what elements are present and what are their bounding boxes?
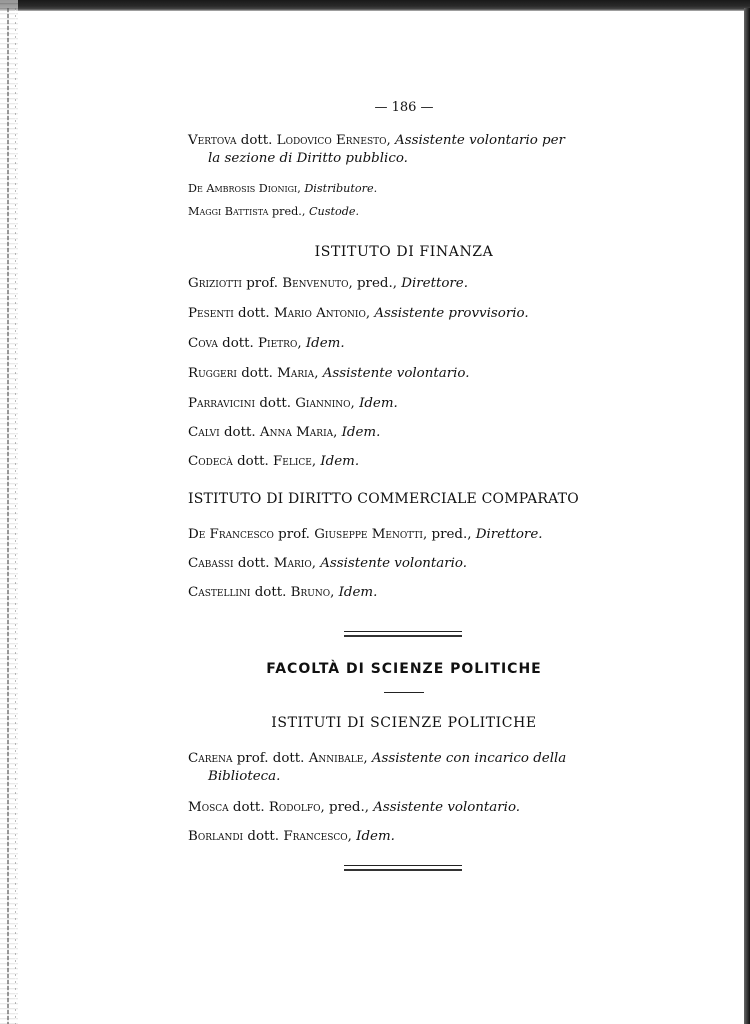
- entry-pesenti: Pesenti dott. Mario Antonio, Assistente …: [188, 305, 529, 323]
- surname: Vertova: [188, 133, 236, 148]
- entry-calvi: Calvi dott. Anna Maria, Idem.: [188, 424, 380, 442]
- given-name: Rodolfo: [269, 800, 321, 815]
- entry-vertova: Vertova dott. Lodovico Ernesto, Assisten…: [188, 132, 565, 168]
- section-divider-rule: [344, 631, 462, 637]
- entry-castellini: Castellini dott. Bruno, Idem.: [188, 584, 377, 602]
- title: prof.: [246, 276, 278, 291]
- surname: Pesenti: [188, 306, 234, 321]
- entry-de-francesco: De Francesco prof. Giuseppe Menotti, pre…: [188, 526, 543, 544]
- surname: Cabassi: [188, 556, 234, 571]
- title: dott.: [238, 306, 270, 321]
- role: Direttore.: [476, 527, 543, 542]
- entry-ruggeri: Ruggeri dott. Maria, Assistente volontar…: [188, 365, 470, 383]
- scan-binding-line-inner: [15, 8, 16, 1024]
- entry-borlandi: Borlandi dott. Francesco, Idem.: [188, 828, 395, 846]
- role: Assistente volontario.: [320, 556, 467, 571]
- role: Idem.: [356, 829, 395, 844]
- surname: Calvi: [188, 425, 220, 440]
- surname: Maggi: [188, 205, 221, 218]
- pred: pred.,: [432, 527, 472, 542]
- title: dott.: [222, 336, 254, 351]
- role: Idem.: [342, 425, 381, 440]
- entry-codeca: Codecà dott. Felice, Idem.: [188, 453, 359, 471]
- surname: Mosca: [188, 800, 229, 815]
- role: Assistente provvisorio.: [374, 306, 528, 321]
- title: dott.: [224, 425, 256, 440]
- surname: Castellini: [188, 585, 250, 600]
- entry-maggi: Maggi Battista pred., Custode.: [188, 203, 359, 221]
- entry-de-ambrosis: De Ambrosis Dionigi, Distributore.: [188, 180, 377, 198]
- given-name: Francesco: [283, 829, 347, 844]
- given-name: Felice: [273, 454, 312, 469]
- separator: ,: [387, 133, 391, 148]
- entry-mosca: Mosca dott. Rodolfo, pred., Assistente v…: [188, 799, 520, 817]
- role: Idem.: [320, 454, 359, 469]
- given-name: Annibale: [309, 751, 364, 766]
- title: dott.: [241, 366, 273, 381]
- role: Custode.: [309, 205, 359, 218]
- given-name: Dionigi: [259, 182, 297, 195]
- scan-top-border: [0, 0, 750, 11]
- surname: Cova: [188, 336, 218, 351]
- title: dott.: [238, 556, 270, 571]
- entry-carena: Carena prof. dott. Annibale, Assistente …: [188, 750, 566, 786]
- given-name: Giuseppe Menotti: [314, 527, 423, 542]
- heading-istituti-scienze-politiche: ISTITUTI DI SCIENZE POLITICHE: [188, 715, 620, 731]
- scan-right-border: [744, 8, 750, 1024]
- role: Assistente volontario.: [323, 366, 470, 381]
- role: Assistente volontario.: [373, 800, 520, 815]
- role: Idem.: [339, 585, 378, 600]
- surname: Parravicini: [188, 396, 255, 411]
- page-number: — 186 —: [188, 100, 620, 115]
- surname: De Francesco: [188, 527, 274, 542]
- entry-parravicini: Parravicini dott. Giannino, Idem.: [188, 395, 398, 413]
- pred: pred.,: [272, 205, 305, 218]
- given-name: Battista: [225, 205, 269, 218]
- surname: Borlandi: [188, 829, 243, 844]
- entry-cova: Cova dott. Pietro, Idem.: [188, 335, 345, 353]
- title: dott.: [255, 585, 287, 600]
- surname: Carena: [188, 751, 232, 766]
- given-name: Anna Maria: [260, 425, 333, 440]
- role-continuation: la sezione di Diritto pubblico.: [188, 150, 565, 168]
- role: Assistente con incarico della: [372, 751, 566, 766]
- heading-facolta-scienze-politiche: FACOLTÀ DI SCIENZE POLITICHE: [188, 661, 620, 677]
- title: dott.: [237, 454, 269, 469]
- given-name: Mario Antonio: [274, 306, 366, 321]
- given-name: Mario: [274, 556, 312, 571]
- given-name: Lodovico Ernesto: [277, 133, 387, 148]
- title: prof.: [278, 527, 310, 542]
- title: prof. dott.: [237, 751, 305, 766]
- role: Idem.: [306, 336, 345, 351]
- surname: De Ambrosis: [188, 182, 255, 195]
- title: dott.: [241, 133, 273, 148]
- scan-binding-line: [7, 8, 9, 1024]
- surname: Ruggeri: [188, 366, 237, 381]
- heading-istituto-finanza: ISTITUTO DI FINANZA: [188, 244, 620, 260]
- role: Direttore.: [401, 276, 468, 291]
- end-divider-rule: [344, 865, 462, 871]
- given-name: Benvenuto: [282, 276, 348, 291]
- entry-griziotti: Griziotti prof. Benvenuto, pred., Dirett…: [188, 275, 468, 293]
- given-name: Giannino: [295, 396, 350, 411]
- separator: ,: [297, 182, 301, 195]
- entry-cabassi: Cabassi dott. Mario, Assistente volontar…: [188, 555, 467, 573]
- given-name: Pietro: [258, 336, 297, 351]
- heading-underline-rule: [384, 692, 424, 693]
- surname: Codecà: [188, 454, 233, 469]
- title: dott.: [259, 396, 291, 411]
- title: dott.: [233, 800, 265, 815]
- surname: Griziotti: [188, 276, 242, 291]
- title: dott.: [247, 829, 279, 844]
- pred: pred.,: [357, 276, 397, 291]
- pred: pred.,: [329, 800, 369, 815]
- given-name: Maria: [277, 366, 314, 381]
- role-continuation: Biblioteca.: [188, 768, 566, 786]
- heading-istituto-diritto-commerciale: ISTITUTO DI DIRITTO COMMERCIALE COMPARAT…: [188, 491, 579, 507]
- role: Distributore.: [304, 182, 377, 195]
- role: Idem.: [359, 396, 398, 411]
- given-name: Bruno: [291, 585, 330, 600]
- role: Assistente volontario per: [395, 133, 565, 148]
